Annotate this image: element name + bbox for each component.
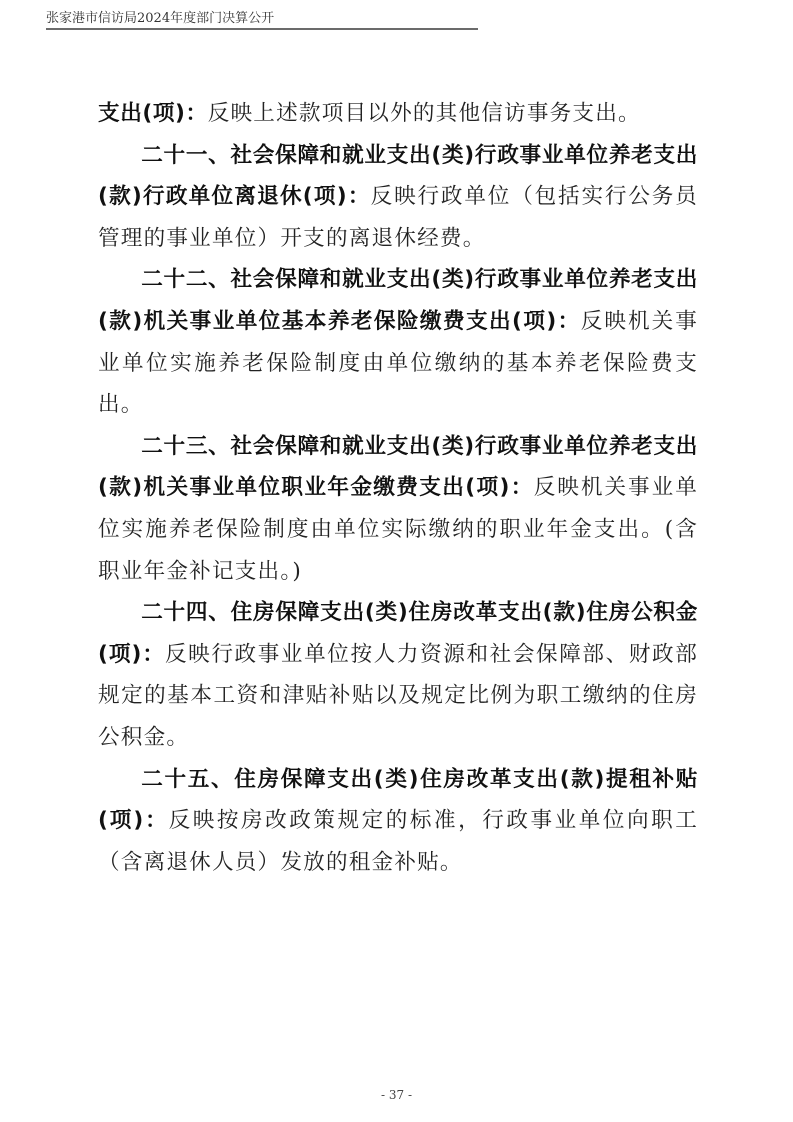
paragraph-item-23: 二十三、社会保障和就业支出(类)行政事业单位养老支出(款)机关事业单位职业年金缴…: [98, 426, 698, 592]
item-description: 反映按房改政策规定的标准，行政事业单位向职工（含离退休人员）发放的租金补贴。: [98, 808, 698, 875]
item-description: 反映行政事业单位按人力资源和社会保障部、财政部规定的基本工资和津贴补贴以及规定比…: [98, 642, 698, 750]
document-body: 支出(项)：反映上述款项目以外的其他信访事务支出。 二十一、社会保障和就业支出(…: [98, 93, 698, 883]
paragraph-item-24: 二十四、住房保障支出(类)住房改革支出(款)住房公积金(项)：反映行政事业单位按…: [98, 592, 698, 758]
header-divider: [46, 28, 478, 30]
running-header: 张家港市信访局2024年度部门决算公开: [46, 11, 478, 27]
item-description: 反映上述款项目以外的其他信访事务支出。: [208, 101, 641, 126]
paragraph-item-21: 二十一、社会保障和就业支出(类)行政事业单位养老支出(款)行政单位离退休(项)：…: [98, 135, 698, 260]
item-heading: 支出(项)：: [98, 101, 208, 126]
page-number: - 37 -: [0, 1088, 793, 1102]
paragraph-other-petition-expense: 支出(项)：反映上述款项目以外的其他信访事务支出。: [98, 93, 698, 135]
paragraph-item-25: 二十五、住房保障支出(类)住房改革支出(款)提租补贴(项)：反映按房改政策规定的…: [98, 759, 698, 884]
paragraph-item-22: 二十二、社会保障和就业支出(类)行政事业单位养老支出(款)机关事业单位基本养老保…: [98, 259, 698, 425]
